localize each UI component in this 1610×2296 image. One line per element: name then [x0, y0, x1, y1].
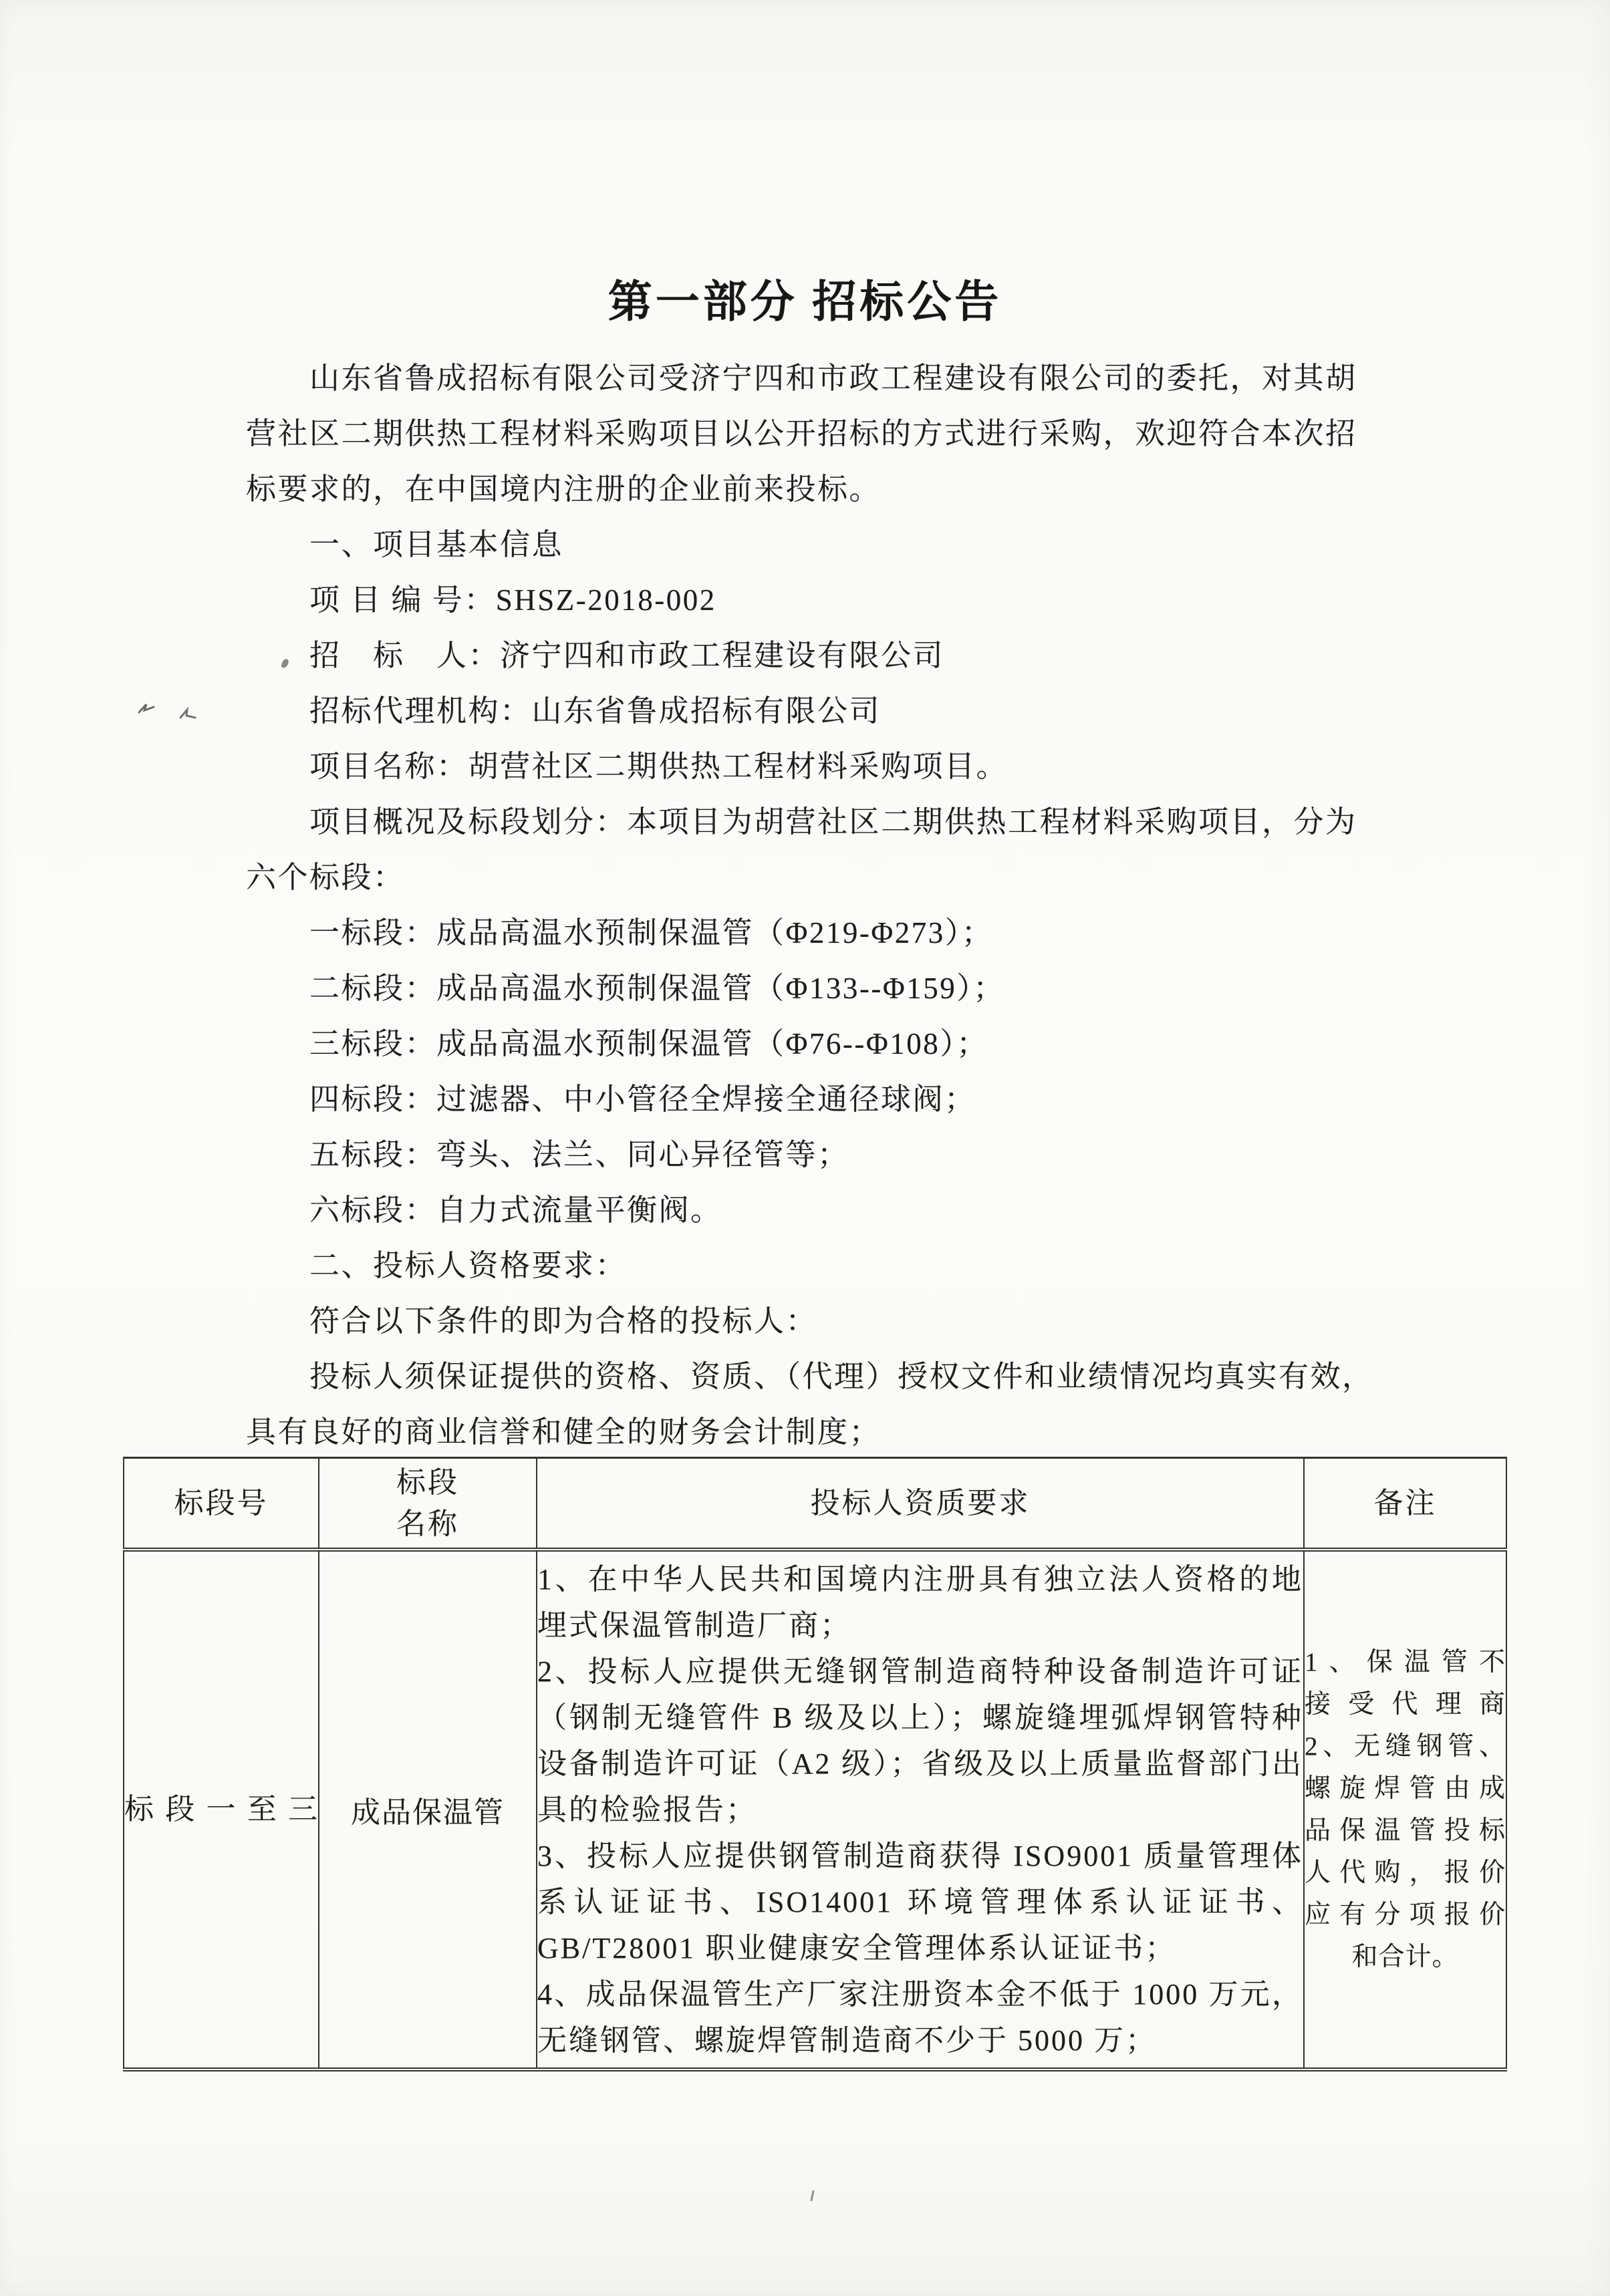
cell-section-number: 标 段 一 至 三 [124, 1550, 319, 2069]
text-line: 一标段：成品高温水预制保温管（Φ219-Φ273）； [246, 905, 1363, 961]
text-line: 项目概况及标段划分：本项目为胡营社区二期供热工程材料采购项目，分为 [246, 795, 1363, 850]
text-line: 具有良好的商业信誉和健全的财务会计制度； [246, 1405, 1363, 1460]
remark-line: 1、保温管不 [1305, 1641, 1506, 1683]
text-line: 招标代理机构：山东省鲁成招标有限公司 [246, 684, 1363, 739]
text-line: 符合以下条件的即为合格的投标人： [246, 1294, 1363, 1349]
pen-scribble-mark-icon [138, 700, 158, 718]
text-line: 二标段：成品高温水预制保温管（Φ133--Φ159）； [246, 961, 1363, 1016]
text-line: 招 标 人：济宁四和市政工程建设有限公司 [246, 628, 1363, 684]
text-line: 五标段：弯头、法兰、同心异径管等； [246, 1127, 1363, 1183]
text-line: 标要求的，在中国境内注册的企业前来投标。 [246, 462, 1363, 517]
text-line: 项目名称：胡营社区二期供热工程材料采购项目。 [246, 739, 1363, 795]
text-line: 六标段：自力式流量平衡阀。 [246, 1183, 1363, 1238]
remark-line: 人代购，报价 [1305, 1852, 1506, 1894]
requirement-item: 4、成品保温管生产厂家注册资本金不低于 1000 万元，无缝钢管、螺旋焊管制造商… [537, 1971, 1303, 2063]
table-header-row: 标段号 标段 名称 投标人资质要求 备注 [124, 1458, 1506, 1550]
requirement-item: 1、在中华人民共和国境内注册具有独立法人资格的地埋式保温管制造厂商； [537, 1556, 1303, 1648]
remark-line: 品保温管投标 [1305, 1810, 1506, 1852]
pen-scribble-mark-icon [179, 707, 198, 723]
bidder-qualification-table: 标段号 标段 名称 投标人资质要求 备注 标 段 一 至 三 成品保温管 1、在… [123, 1457, 1507, 2071]
document-body-text: 山东省鲁成招标有限公司受济宁四和市政工程建设有限公司的委托，对其胡营社区二期供热… [246, 351, 1363, 1460]
text-line: 二、投标人资格要求： [246, 1238, 1363, 1294]
text-line: 项 目 编 号：SHSZ-2018-002 [246, 573, 1363, 628]
header-bidder-requirements: 投标人资质要求 [537, 1458, 1304, 1550]
requirement-item: 2、投标人应提供无缝钢管制造商特种设备制造许可证（钢制无缝管件 B 级及以上）；… [537, 1648, 1303, 1833]
remark-line: 应有分项报价 [1305, 1894, 1506, 1936]
text-line: 三标段：成品高温水预制保温管（Φ76--Φ108）； [246, 1016, 1363, 1072]
text-line: 四标段：过滤器、中小管径全焊接全通径球阀； [246, 1072, 1363, 1127]
header-remarks: 备注 [1304, 1458, 1506, 1550]
cell-bidder-requirements: 1、在中华人民共和国境内注册具有独立法人资格的地埋式保温管制造厂商；2、投标人应… [537, 1550, 1304, 2069]
header-section-number: 标段号 [124, 1458, 319, 1550]
header-section-name: 标段 名称 [319, 1458, 537, 1550]
requirement-item: 3、投标人应提供钢管制造商获得 ISO9001 质量管理体系认证证书、ISO14… [537, 1833, 1303, 1971]
remark-line: 和合计。 [1305, 1936, 1506, 1978]
scan-speck [810, 2190, 814, 2201]
document-title: 第一部分 招标公告 [0, 266, 1610, 329]
text-line: 营社区二期供热工程材料采购项目以公开招标的方式进行采购，欢迎符合本次招 [246, 406, 1363, 462]
text-line: 六个标段： [246, 850, 1363, 905]
text-line: 山东省鲁成招标有限公司受济宁四和市政工程建设有限公司的委托，对其胡 [246, 351, 1363, 406]
section-name-text: 成品保温管 [319, 1788, 536, 1831]
remark-line: 接受代理商 [1305, 1683, 1506, 1725]
remark-line: 螺旋焊管由成 [1305, 1767, 1506, 1810]
remark-line: 2、无缝钢管、 [1305, 1725, 1506, 1767]
scanned-document-page: 第一部分 招标公告 山东省鲁成招标有限公司受济宁四和市政工程建设有限公司的委托，… [0, 0, 1610, 2296]
cell-remarks: 1、保温管不接受代理商2、无缝钢管、螺旋焊管由成品保温管投标人代购，报价应有分项… [1304, 1550, 1506, 2069]
text-line: 投标人须保证提供的资格、资质、（代理）授权文件和业绩情况均真实有效， [246, 1349, 1363, 1405]
section-number-text: 标 段 一 至 三 [124, 1782, 318, 1837]
text-line: 一、项目基本信息 [246, 517, 1363, 573]
cell-section-name: 成品保温管 [319, 1550, 537, 2069]
table-row: 标 段 一 至 三 成品保温管 1、在中华人民共和国境内注册具有独立法人资格的地… [124, 1550, 1506, 2069]
